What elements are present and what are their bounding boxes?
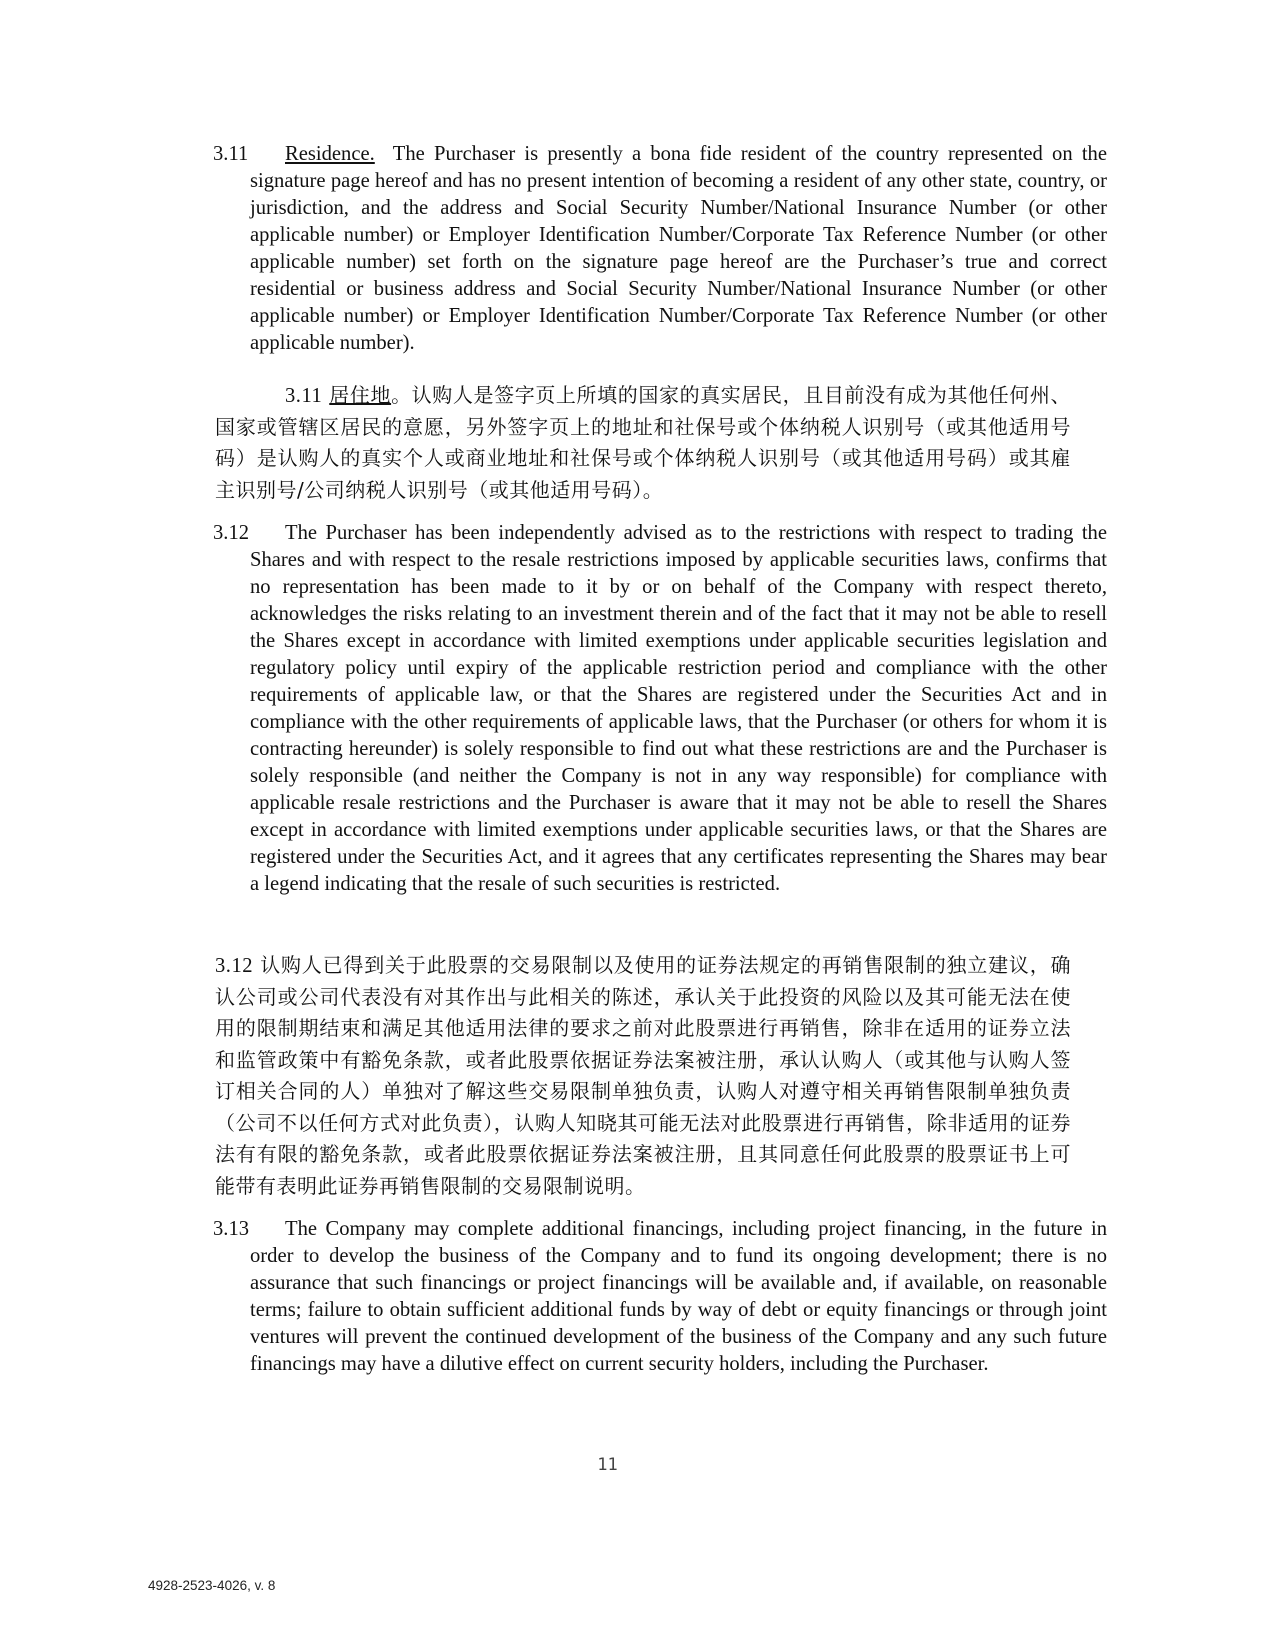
section-3-12-english: 3.12The Purchaser has been independently… — [213, 520, 1107, 898]
section-3-11-chinese: 3.11 居住地。认购人是签字页上所填的国家的真实居民，且目前没有成为其他任何州… — [215, 380, 1071, 506]
section-number: 3.13 — [213, 1216, 285, 1243]
section-text: 认购人已得到关于此股票的交易限制以及使用的证券法规定的再销售限制的独立建议，确认… — [215, 953, 1071, 1198]
document-id: 4928-2523-4026, v. 8 — [148, 1578, 275, 1593]
section-heading: Residence. — [285, 143, 375, 165]
section-3-12-chinese: 3.12 认购人已得到关于此股票的交易限制以及使用的证券法规定的再销售限制的独立… — [215, 950, 1071, 1202]
section-number: 3.12 — [215, 955, 253, 977]
section-text: The Purchaser has been independently adv… — [250, 522, 1107, 895]
section-number: 3.12 — [213, 520, 285, 547]
document-page: 3.11Residence. The Purchaser is presentl… — [0, 0, 1275, 1650]
section-3-13-english: 3.13The Company may complete additional … — [213, 1216, 1107, 1378]
section-text: The Purchaser is presently a bona fide r… — [250, 143, 1107, 354]
section-text: The Company may complete additional fina… — [250, 1218, 1107, 1375]
page-number: 11 — [0, 1455, 1215, 1475]
section-number: 3.11 — [213, 141, 285, 168]
section-3-11-english: 3.11Residence. The Purchaser is presentl… — [213, 141, 1107, 357]
section-heading: 居住地 — [329, 383, 391, 407]
section-number: 3.11 — [285, 385, 322, 407]
